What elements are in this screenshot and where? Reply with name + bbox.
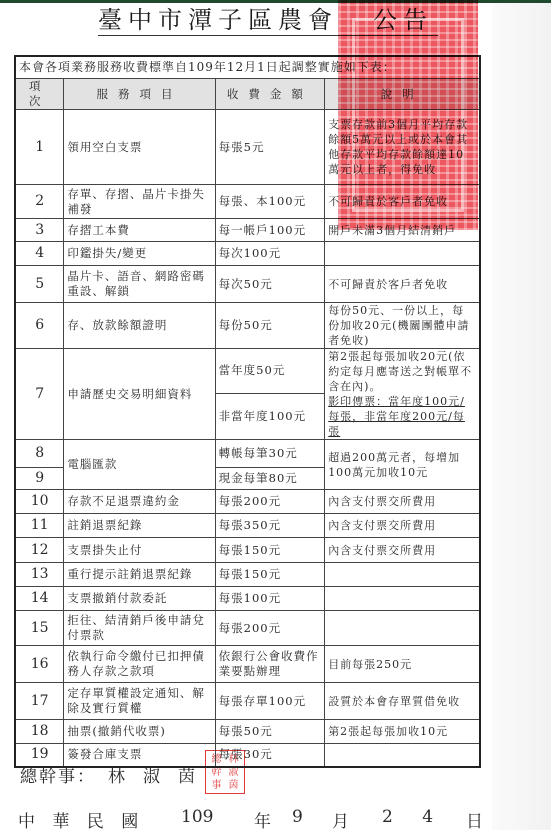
table-row: 16 依執行命令繳付已扣押債務人存款之款項 依銀行公會收費作業要點辦理 目前每張… (15, 646, 480, 683)
table-row: 10 存款不足退票違約金 每張200元 內含支付票交所費用 (15, 490, 480, 514)
notice-label: 公告 (373, 5, 433, 35)
date-month-label: 月 (332, 807, 349, 830)
column-header-no: 項次 (15, 79, 64, 110)
table-row: 3 存摺工本費 每一帳戶100元 開戶未滿3個月結清銷戶 (15, 219, 480, 242)
column-header-service: 服務項目 (64, 79, 215, 110)
date-day: 2 4 (382, 807, 445, 827)
table-row: 2 存單、存摺、晶片卡掛失補發 每張、本100元 不可歸責於客戶者免收 (15, 185, 480, 219)
table-row: 7 申請歷史交易明細資料 當年度50元 第2張起每張加收20元(依約定每月應寄送… (15, 349, 480, 394)
table-intro: 本會各項業務服務收費標準自109年12月1日起調整實施如下表： (15, 56, 480, 79)
table-row: 19 簽發合庫支票 每張30元 (15, 744, 480, 767)
column-header-note: 說明 (325, 79, 480, 110)
table-row: 13 重行提示註銷退票紀錄 每張150元 (15, 563, 480, 587)
table-row: 17 定存單質權設定通知、解除及實行質權 每張存單100元 設質於本會存單質借免… (15, 683, 480, 720)
table-row: 11 註銷退票紀錄 每張350元 內含支付票交所費用 (15, 514, 480, 538)
table-row: 18 抽票(撤銷代收票) 每張50元 第2張起每張加收10元 (15, 720, 480, 744)
date-month: 9 (292, 807, 303, 827)
table-row: 8 電腦匯款 轉帳每筆30元 超過200萬元者，每增加100萬元加收10元 (15, 440, 480, 468)
table-row: 12 支票掛失止付 每張150元 內含支付票交所費用 (15, 538, 480, 563)
date-day-label: 日 (466, 807, 483, 830)
date-year-label: 年 (254, 807, 271, 830)
table-row: 5 晶片卡、語音、網路密碼重設、解鎖 每次50元 不可歸責於客戶者免收 (15, 266, 480, 303)
organization-name: 臺中市潭子區農會 (98, 5, 338, 35)
table-row: 1 領用空白支票 每張5元 支票存款前3個月平均存款餘額5萬元以上或於本會其他存… (15, 110, 480, 185)
table-row: 6 存、放款餘額證明 每份50元 每份50元、一份以上，每份加收20元(機關團體… (15, 303, 480, 349)
top-bar (0, 0, 551, 3)
signature-title: 總幹事： (20, 767, 96, 787)
table-header-row: 項次 服務項目 收費金額 說明 (15, 79, 480, 110)
date-year: 109 (181, 807, 213, 827)
page-margin (492, 3, 551, 830)
table-row: 14 支票撤銷付款委託 每張100元 (15, 587, 480, 611)
column-header-fee: 收費金額 (215, 79, 325, 110)
table-row: 15 拒往、結清銷戶後申請兌付票款 每張200元 (15, 611, 480, 646)
row-7-note: 第2張起每張加收20元(依約定每月應寄送之對帳單不含在內)。 影印傳票：當年度1… (325, 349, 480, 440)
fee-table: 本會各項業務服務收費標準自109年12月1日起調整實施如下表： 項次 服務項目 … (14, 55, 481, 768)
table-row: 4 印鑑掛失/變更 每次100元 (15, 242, 480, 266)
date-era: 中 華 民 國 (18, 807, 144, 830)
notice-title: 臺中市潭子區農會 公告 (98, 5, 438, 36)
issue-date: 中 華 民 國 109 年 9 月 2 4 日 (18, 807, 518, 829)
table-intro-row: 本會各項業務服務收費標準自109年12月1日起調整實施如下表： (15, 56, 480, 79)
